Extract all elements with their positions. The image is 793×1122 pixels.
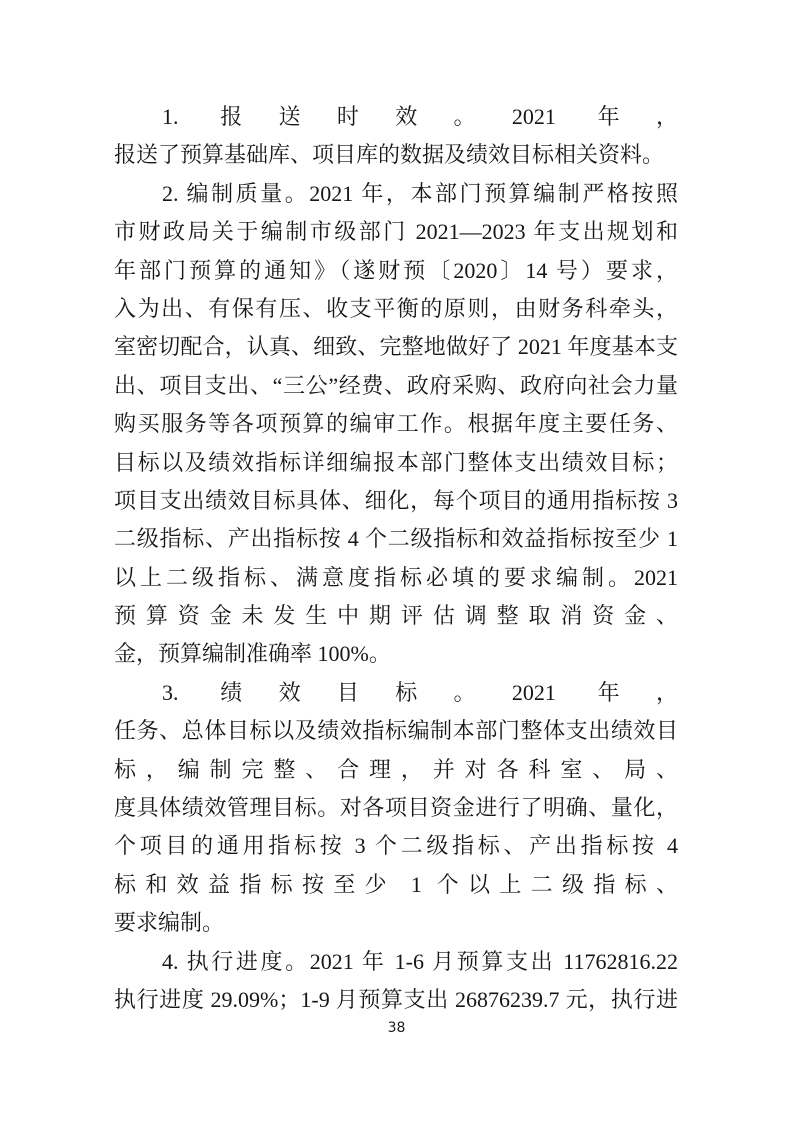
text-line: 4. 执行进度。2021 年 1-6 月预算支出 11762816.22 元， — [114, 943, 678, 981]
text-line: 目标以及绩效指标详细编报本部门整体支出绩效目标；编制 — [114, 444, 678, 482]
text-line: 2. 编制质量。2021 年，本部门预算编制严格按照《遂宁 — [114, 175, 678, 213]
text-line: 以上二级指标、满意度指标必填的要求编制。2021 年本部门 — [114, 559, 678, 597]
paragraph-3: 3. 绩效目标。2021 年，部门整体绩效目标根据年度主要 任务、总体目标以及绩… — [114, 674, 678, 943]
text-line: 个项目的通用指标按 3 个二级指标、产出指标按 4 个二级指 — [114, 827, 678, 865]
text-line: 要求编制。 — [114, 904, 678, 942]
text-line: 标，编制完整、合理，并对各科室、局、中心细化下达了年 — [114, 751, 678, 789]
text-line: 购买服务等各项预算的编审工作。根据年度主要任务、总体 — [114, 405, 678, 443]
text-line: 二级指标、产出指标按 4 个二级指标和效益指标按至少 1 个 — [114, 520, 678, 558]
text-line: 任务、总体目标以及绩效指标编制本部门整体支出绩效目 — [114, 712, 678, 750]
document-body: 1. 报送时效。2021 年，本部门按时保质向市财政局编制 报送了预算基础库、项… — [114, 98, 678, 1019]
text-line: 1. 报送时效。2021 年，本部门按时保质向市财政局编制 — [114, 98, 678, 136]
paragraph-2: 2. 编制质量。2021 年，本部门预算编制严格按照《遂宁 市财政局关于编制市级… — [114, 175, 678, 674]
text-line: 标和效益指标按至少 1 个以上二级指标、满意度指标必填的 — [114, 866, 678, 904]
text-line: 项目支出绩效目标具体、细化，每个项目的通用指标按 3 个 — [114, 482, 678, 520]
text-line: 入为出、有保有压、收支平衡的原则，由财务科牵头，各科 — [114, 290, 678, 328]
text-line: 3. 绩效目标。2021 年，部门整体绩效目标根据年度主要 — [114, 674, 678, 712]
text-line: 报送了预算基础库、项目库的数据及绩效目标相关资料。 — [114, 136, 678, 174]
text-line: 市财政局关于编制市级部门 2021—2023 年支出规划和 2021 — [114, 213, 678, 251]
paragraph-1: 1. 报送时效。2021 年，本部门按时保质向市财政局编制 报送了预算基础库、项… — [114, 98, 678, 175]
text-line: 室密切配合，认真、细致、完整地做好了 2021 年度基本支 — [114, 328, 678, 366]
text-line: 金，预算编制准确率 100%。 — [114, 635, 678, 673]
text-line: 年部门预算的通知》（遂财预〔2020〕14 号）要求，坚持量 — [114, 252, 678, 290]
text-line: 预算资金未发生中期评估调整取消资金、无预算结余注销资 — [114, 597, 678, 635]
text-line: 执行进度 29.09%；1-9 月预算支出 26876239.7 元，执行进 — [114, 981, 678, 1019]
text-line: 出、项目支出、“三公”经费、政府采购、政府向社会力量 — [114, 367, 678, 405]
document-page: 1. 报送时效。2021 年，本部门按时保质向市财政局编制 报送了预算基础库、项… — [0, 0, 793, 1122]
text-line: 度具体绩效管理目标。对各项目资金进行了明确、量化，每 — [114, 789, 678, 827]
paragraph-4: 4. 执行进度。2021 年 1-6 月预算支出 11762816.22 元， … — [114, 943, 678, 1020]
page-number: 38 — [0, 1020, 793, 1036]
